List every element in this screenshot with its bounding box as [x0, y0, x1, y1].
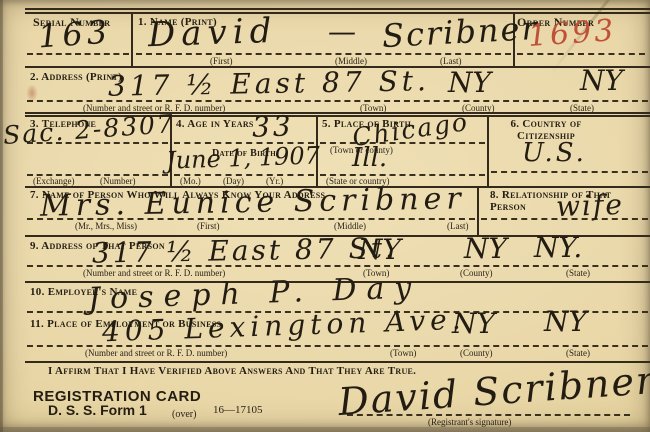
- employment-sub-state: (State): [566, 348, 590, 358]
- name-sub-first: (First): [210, 56, 233, 66]
- name-last-value: Scribner: [381, 12, 539, 52]
- relationship-divider: [477, 186, 479, 235]
- serial-divider: [131, 12, 133, 66]
- telephone-sub-number: (Number): [100, 176, 136, 186]
- contact-address-town-value: NY: [358, 236, 401, 264]
- contact-address-sub-state: (State): [566, 268, 590, 278]
- scan-edge-left: [0, 0, 3, 432]
- contact-address-state-value: NY.: [534, 234, 582, 262]
- address-state-value: NY: [580, 67, 623, 95]
- contact-address-street-value: 317 ½ East 87 St.: [92, 234, 397, 267]
- contact-address-county-value: NY: [464, 235, 507, 263]
- contact-sub-title: (Mr., Mrs., Miss): [75, 221, 137, 231]
- order-number-value: 1693: [527, 16, 617, 52]
- serial-number-value: 163: [37, 15, 112, 52]
- scan-edge-bottom: [0, 427, 650, 432]
- print-code: 16—17105: [213, 404, 263, 416]
- name-sub-last: (Last): [440, 56, 462, 66]
- age-label: 4. Age in Years: [176, 118, 254, 130]
- over-note: (over): [172, 409, 196, 420]
- registration-card: Serial Number 163 1. Name (Print) David …: [0, 0, 650, 432]
- birth-state-value: Ill.: [352, 145, 387, 171]
- contact-sub-middle: (Middle): [334, 221, 366, 231]
- dob-sub-mo: (Mo.): [180, 176, 201, 186]
- citizenship-divider: [487, 115, 489, 186]
- signature-sub-label: (Registrant's signature): [428, 417, 511, 427]
- employment-state-value: NY: [544, 308, 587, 336]
- telephone-sub-exchange: (Exchange): [33, 176, 74, 186]
- contact-address-sub-county: (County): [460, 268, 493, 278]
- employment-sub-town: (Town): [390, 348, 416, 358]
- contact-sub-last: (Last): [447, 221, 469, 231]
- age-value: 33: [252, 112, 295, 141]
- contact-name-value: Mrs. Eunice Scribner: [40, 184, 466, 221]
- contact-sub-first: (First): [197, 221, 220, 231]
- citizenship-write-line: [491, 171, 648, 173]
- address-town-value: NY: [448, 69, 491, 97]
- form-number: D. S. S. Form 1: [48, 402, 147, 418]
- address-sub-town: (Town): [360, 103, 386, 113]
- employment-sub-county: (County): [460, 348, 493, 358]
- date-of-birth-value: June 1, 1907: [166, 143, 321, 172]
- citizenship-value: U.S.: [522, 140, 587, 166]
- name-dash-value: —: [328, 18, 356, 46]
- top-rule-2: [25, 12, 650, 14]
- address-sub-state: (State): [570, 103, 594, 113]
- employment-sub-street: (Number and street or R. F. D. number): [85, 348, 227, 358]
- contact-address-sub-street: (Number and street or R. F. D. number): [83, 268, 225, 278]
- employment-county-value: NY: [452, 310, 495, 338]
- address-street-value: 317 ½ East 87 St.: [108, 67, 430, 101]
- relationship-value: wife: [556, 191, 625, 221]
- affirmation-text: I Affirm That I Have Verified Above Answ…: [48, 365, 416, 377]
- rule-row7-bottom: [25, 361, 650, 363]
- top-rule-1: [25, 8, 650, 10]
- name-first-value: David: [147, 14, 277, 52]
